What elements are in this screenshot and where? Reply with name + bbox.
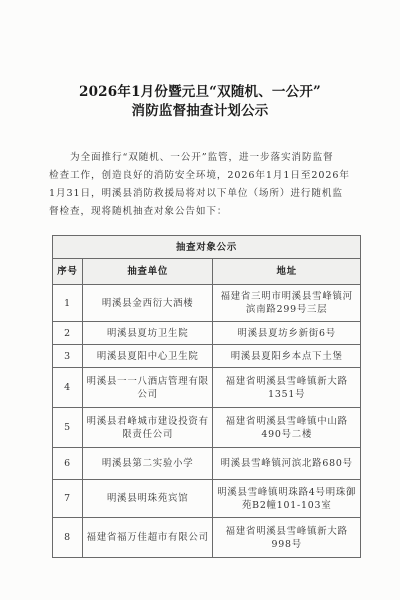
- table-row: 5 明溪县君峰城市建设投资有限责任公司 福建省明溪县雪峰镇中山路490号二楼: [53, 408, 361, 448]
- row-number: 5: [53, 408, 83, 448]
- row-unit: 明溪县金西衍大酒楼: [82, 285, 213, 322]
- row-unit: 明溪县夏坊卫生院: [82, 322, 213, 345]
- document-title-line-1: 2026年1月份暨元旦“双随机、一公开”: [0, 80, 400, 100]
- intro-paragraph: 为全面推行“双随机、一公开”监管，进一步落实消防监督 检查工作，创造良好的消防安…: [49, 149, 359, 221]
- row-number: 7: [53, 480, 83, 518]
- paragraph-line: 督检查，现将随机抽查对象公告如下：: [49, 203, 359, 221]
- row-unit: 明溪县明珠苑宾馆: [82, 480, 213, 518]
- row-unit: 福建省福万佳超市有限公司: [82, 518, 213, 558]
- column-header-unit: 抽查单位: [82, 259, 213, 285]
- column-header-address: 地址: [213, 259, 361, 285]
- table-row: 6 明溪县第二实验小学 明溪县雪峰镇河滨北路680号: [53, 448, 361, 480]
- document-title-line-2: 消防监督抽查计划公示: [0, 99, 400, 119]
- table-row: 2 明溪县夏坊卫生院 明溪县夏坊乡新街6号: [53, 322, 361, 345]
- row-address: 明溪县雪峰镇明珠路4号明珠御苑B2幢101-103室: [213, 480, 361, 518]
- row-address: 福建省三明市明溪县雪峰镇河滨南路299号三层: [213, 285, 361, 322]
- row-address: 明溪县夏坊乡新街6号: [213, 322, 361, 345]
- table-row: 3 明溪县夏阳中心卫生院 明溪县夏阳乡本点下土堡: [53, 345, 361, 368]
- row-address: 福建省明溪县雪峰镇中山路490号二楼: [213, 408, 361, 448]
- inspection-table: 抽查对象公示 序号 抽查单位 地址 1 明溪县金西衍大酒楼 福建省三明市明溪县雪…: [52, 235, 361, 558]
- row-number: 2: [53, 322, 83, 345]
- row-number: 3: [53, 345, 83, 368]
- row-number: 1: [53, 285, 83, 322]
- row-unit: 明溪县一一八酒店管理有限公司: [82, 368, 213, 408]
- row-number: 4: [53, 368, 83, 408]
- paragraph-line: 检查工作，创造良好的消防安全环境，2026年1月1日至2026年: [49, 167, 359, 185]
- document-page: 2026年1月份暨元旦“双随机、一公开” 消防监督抽查计划公示 为全面推行“双随…: [0, 0, 400, 600]
- table-header-row: 序号 抽查单位 地址: [53, 259, 361, 285]
- row-address: 明溪县雪峰镇河滨北路680号: [213, 448, 361, 480]
- paragraph-line: 为全面推行“双随机、一公开”监管，进一步落实消防监督: [49, 149, 359, 167]
- row-number: 6: [53, 448, 83, 480]
- table-row: 4 明溪县一一八酒店管理有限公司 福建省明溪县雪峰镇新大路1351号: [53, 368, 361, 408]
- table-row: 7 明溪县明珠苑宾馆 明溪县雪峰镇明珠路4号明珠御苑B2幢101-103室: [53, 480, 361, 518]
- table-caption: 抽查对象公示: [53, 236, 361, 259]
- row-address: 福建省明溪县雪峰镇新大路1351号: [213, 368, 361, 408]
- column-header-no: 序号: [53, 259, 83, 285]
- row-unit: 明溪县君峰城市建设投资有限责任公司: [82, 408, 213, 448]
- table-row: 8 福建省福万佳超市有限公司 福建省明溪县雪峰镇新大路998号: [53, 518, 361, 558]
- row-number: 8: [53, 518, 83, 558]
- table-row: 1 明溪县金西衍大酒楼 福建省三明市明溪县雪峰镇河滨南路299号三层: [53, 285, 361, 322]
- paragraph-line: 1月31日，明溪县消防救援局将对以下单位（场所）进行随机监: [49, 185, 359, 203]
- row-address: 明溪县夏阳乡本点下土堡: [213, 345, 361, 368]
- row-unit: 明溪县第二实验小学: [82, 448, 213, 480]
- row-unit: 明溪县夏阳中心卫生院: [82, 345, 213, 368]
- row-address: 福建省明溪县雪峰镇新大路998号: [213, 518, 361, 558]
